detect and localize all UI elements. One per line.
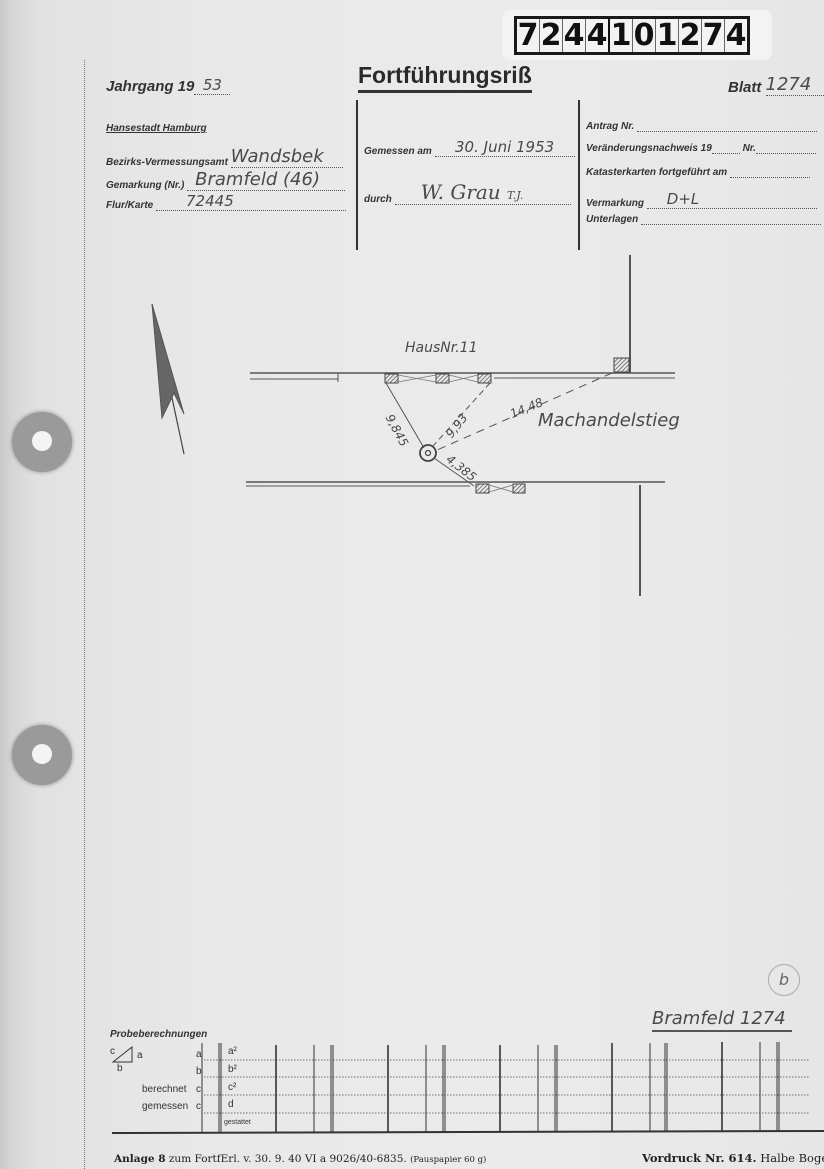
row-var: a: [196, 1049, 202, 1060]
footer-anlage: Anlage 8: [114, 1153, 166, 1165]
footer-left: Anlage 8 zum FortfErl. v. 30. 9. 40 VI a…: [114, 1153, 486, 1165]
triangle-label: b: [117, 1063, 123, 1074]
square-label: c²: [228, 1082, 236, 1093]
gestattet-label: gestattet: [224, 1119, 251, 1126]
square-label: d: [228, 1099, 234, 1110]
row-label-gemessen: gemessen: [142, 1101, 188, 1112]
triangle-label: c: [110, 1046, 115, 1057]
footer-form-number: Vordruck Nr. 614.: [642, 1151, 757, 1165]
square-label: a²: [228, 1046, 237, 1057]
row-label-berechnet: berechnet: [142, 1084, 186, 1095]
triangle-label: a: [137, 1050, 143, 1061]
footer-right: Vordruck Nr. 614. Halbe Bogen: [642, 1151, 824, 1165]
footer-format: Halbe Bogen: [757, 1151, 824, 1165]
footer-reference: zum FortfErl. v. 30. 9. 40 VI a 9026/40-…: [166, 1153, 407, 1165]
square-label: b²: [228, 1064, 237, 1075]
footer-paper-note: (Pauspapier 60 g): [410, 1155, 486, 1165]
calculation-grid: [0, 0, 824, 1169]
survey-sheet: 7 2 4 4 1 0 1 2 7 4 Jahrgang 1953 Fortfü…: [0, 0, 824, 1169]
row-var: c: [196, 1101, 201, 1112]
triangle-icon: [113, 1047, 132, 1062]
row-var: b: [196, 1066, 202, 1077]
row-var: c: [196, 1084, 201, 1095]
